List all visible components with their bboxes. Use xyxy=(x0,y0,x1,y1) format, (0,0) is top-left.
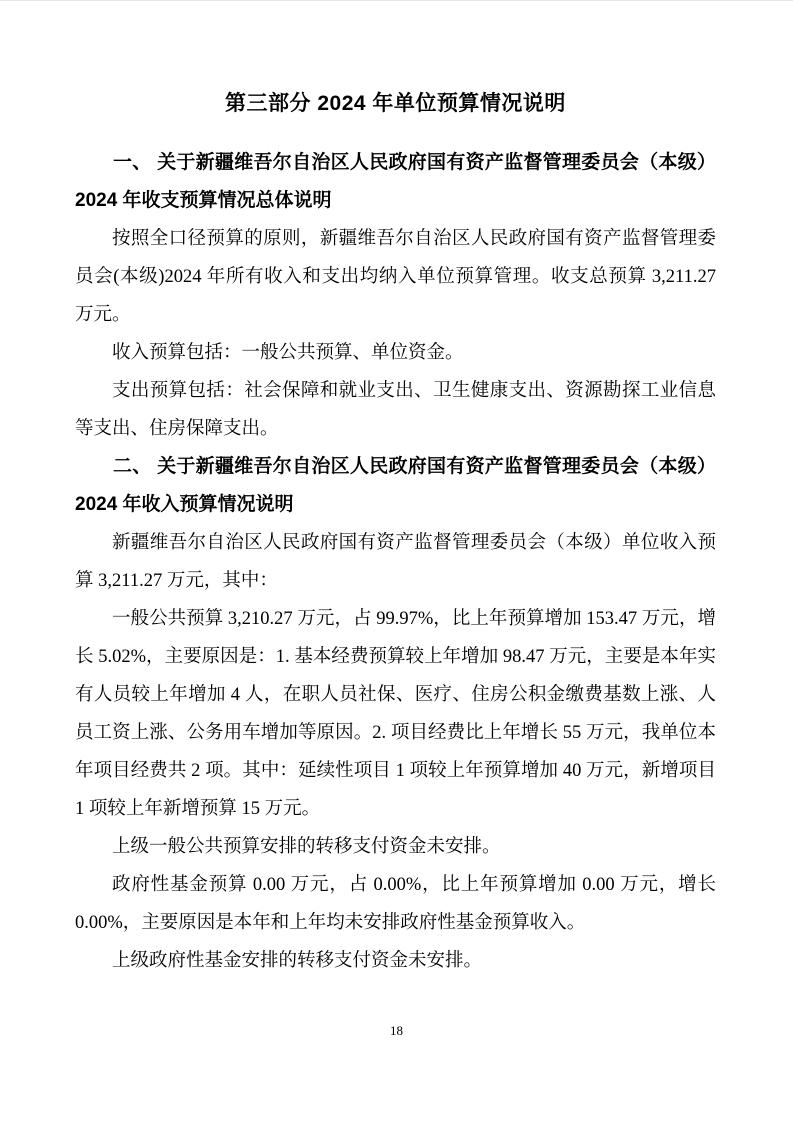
page-number: 18 xyxy=(0,1023,793,1039)
paragraph: 上级一般公共预算安排的转移支付资金未安排。 xyxy=(75,828,716,866)
section-heading-overview: 一、 关于新疆维吾尔自治区人民政府国有资产监督管理委员会（本级）2024 年收支… xyxy=(75,144,716,220)
document-title: 第三部分 2024 年单位预算情况说明 xyxy=(75,89,716,119)
section-heading-income-budget: 二、 关于新疆维吾尔自治区人民政府国有资产监督管理委员会（本级）2024 年收入… xyxy=(75,448,716,524)
section-overview: 一、 关于新疆维吾尔自治区人民政府国有资产监督管理委员会（本级）2024 年收支… xyxy=(75,144,716,448)
paragraph: 按照全口径预算的原则，新疆维吾尔自治区人民政府国有资产监督管理委员会(本级)20… xyxy=(75,220,716,334)
paragraph: 支出预算包括：社会保障和就业支出、卫生健康支出、资源勘探工业信息等支出、住房保障… xyxy=(75,372,716,448)
paragraph: 新疆维吾尔自治区人民政府国有资产监督管理委员会（本级）单位收入预算 3,211.… xyxy=(75,524,716,600)
section-income-budget: 二、 关于新疆维吾尔自治区人民政府国有资产监督管理委员会（本级）2024 年收入… xyxy=(75,448,716,980)
paragraph: 政府性基金预算 0.00 万元，占 0.00%，比上年预算增加 0.00 万元，… xyxy=(75,866,716,942)
paragraph: 一般公共预算 3,210.27 万元，占 99.97%，比上年预算增加 153.… xyxy=(75,600,716,828)
document-page: 第三部分 2024 年单位预算情况说明 一、 关于新疆维吾尔自治区人民政府国有资… xyxy=(0,0,793,1122)
paragraph: 上级政府性基金安排的转移支付资金未安排。 xyxy=(75,942,716,980)
paragraph: 收入预算包括：一般公共预算、单位资金。 xyxy=(75,334,716,372)
